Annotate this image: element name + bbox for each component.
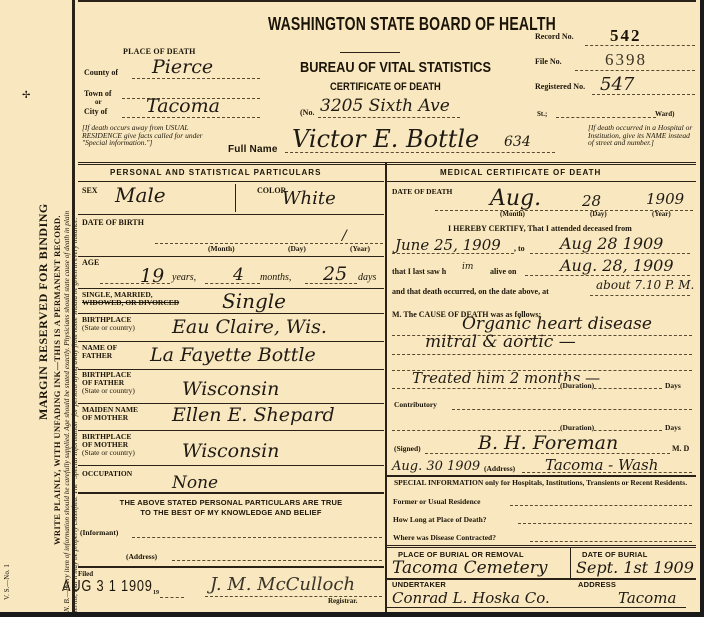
certificate-title: CERTIFICATE OF DEATH [330,81,441,93]
occupation-label: OCCUPATION [82,469,132,478]
informant-address-line[interactable] [172,560,382,561]
informant-label: (Informant) [80,528,118,537]
duration-line-2[interactable] [392,430,662,431]
burial-place-value[interactable]: Tacoma Cemetery [392,558,547,578]
father-label-2: FATHER [82,352,117,360]
binding-margin: MARGIN RESERVED FOR BINDING WRITE PLAINL… [0,0,75,612]
age-label: AGE [82,258,99,267]
former-residence-line[interactable] [510,505,692,506]
filed-suffix: 19 [153,590,159,596]
street-line [318,117,460,118]
street-value[interactable]: 3205 Sixth Ave [320,96,450,116]
color-value[interactable]: White [282,188,336,209]
father-bp-label-3: (State or country) [82,387,135,395]
physician-address-label: (Address) [484,464,515,473]
days-label-1: Days [665,381,681,390]
mother-label: MAIDEN NAME OF MOTHER [82,406,138,422]
duration-line-1 [392,388,662,389]
dob-year-label: (Year) [350,244,370,253]
time-line [590,295,690,296]
dob-mark[interactable]: / [342,228,347,244]
occupation-row-rule [78,492,384,494]
full-name-value[interactable]: Victor E. Bottle [292,125,479,153]
burial-date-value[interactable]: Sept. 1st 1909 [576,558,694,577]
city-value[interactable]: Tacoma [146,95,220,117]
last-saw-date[interactable]: Aug. 28, 1909 [560,256,674,275]
residence-note: [If death occurs away from USUAL RESIDEN… [82,124,212,147]
months-label: months, [260,274,291,282]
margin-divider [72,0,75,612]
registered-no-value[interactable]: 547 [600,74,634,95]
county-line [132,78,260,79]
attended-to-value[interactable]: Aug 28 1909 [560,234,663,253]
street-prefix: (No. [300,108,314,117]
undertaker-rule [386,607,686,608]
age-months-value[interactable]: 4 [233,265,244,285]
last-saw-pronoun[interactable]: im [462,262,473,272]
dod-year-value[interactable]: 1909 [646,190,684,208]
city-line [122,117,260,118]
dob-line [155,243,383,244]
days-label: days [358,274,376,282]
dob-month-label: (Month) [208,244,235,253]
dod-day-label: (Day) [590,210,607,218]
file-no-value[interactable]: 6398 [605,50,647,70]
duration-label-1: (Duration) [560,381,594,390]
attestation-line-1: THE ABOVE STATED PERSONAL PARTICULARS AR… [78,498,384,508]
ward-label: Ward) [655,110,674,118]
age-years-value[interactable]: 19 [140,265,164,287]
undertaker-address-label: ADDRESS [578,580,616,589]
to-label: , to [514,244,525,253]
duration-label-2: (Duration) [560,423,594,432]
bureau-title: BUREAU OF VITAL STATISTICS [300,59,491,76]
birthplace-value[interactable]: Eau Claire, Wis. [172,316,327,338]
filed-stamp: AUG 3 1 1909 [62,578,153,596]
mother-row-rule [78,430,384,431]
attestation: THE ABOVE STATED PERSONAL PARTICULARS AR… [78,498,384,518]
signed-date-value[interactable]: Aug. 30 1909 [392,459,480,474]
margin-nb-line-1: N. B.—Every item of information should b… [63,211,71,612]
registrar-label: Registrar. [328,597,357,605]
md-label: M. D [672,444,689,453]
undertaker-address-value[interactable]: Tacoma [618,589,676,607]
birthplace-label-2: (State or country) [82,324,135,332]
occupation-value[interactable]: None [172,473,218,493]
margin-ink-note: WRITE PLAINLY, WITH UNFADING INK—THIS IS… [52,215,62,545]
undertaker-value[interactable]: Conrad L. Hoska Co. [392,589,550,607]
undertaker-label: UNDERTAKER [392,580,446,589]
dod-day-value[interactable]: 28 [582,192,601,210]
full-name-label: Full Name [228,144,278,155]
special-info-heading: SPECIAL INFORMATION only for Hospitals, … [394,479,694,487]
dod-label: DATE OF DEATH [392,187,452,196]
sex-label: SEX [82,186,98,195]
informant-address-label: (Address) [126,552,157,561]
attended-from-value[interactable]: June 25, 1909 [395,236,501,254]
registrar-signature: J. M. McCulloch [210,574,355,595]
former-residence-label: Former or Usual Residence [393,497,480,506]
sex-row-rule [78,214,384,215]
top-border [78,0,696,2]
dod-month-value[interactable]: Aug. [490,186,541,211]
filed-label: Filed [78,570,93,578]
county-value[interactable]: Pierce [152,56,213,78]
filed-line [160,597,184,598]
physician-address-value[interactable]: Tacoma - Wash [545,456,658,474]
board-title: WASHINGTON STATE BOARD OF HEALTH [268,14,556,35]
birthplace-row-rule [78,341,384,342]
mother-bp-value[interactable]: Wisconsin [182,440,279,462]
sex-value[interactable]: Male [115,183,166,207]
years-label: years, [172,274,196,282]
form-number: V. S.—No. 1 [3,564,11,600]
father-bp-label: BIRTHPLACE OF FATHER (State or country) [82,371,135,395]
file-no-label: File No. [535,57,562,66]
how-long-label: How Long at Place of Death? [393,515,487,524]
time-of-death-value[interactable]: about 7.10 P. M. [596,278,694,292]
mother-bp-label: BIRTHPLACE OF MOTHER (State or country) [82,433,135,457]
cause-2-value[interactable]: mitral & aortic — [425,332,576,352]
mother-bp-label-3: (State or country) [82,449,135,457]
record-no-label: Record No. [535,32,574,41]
record-no-value[interactable]: 542 [610,26,642,46]
mother-bp-row-rule [78,465,384,466]
days-label-2: Days [665,423,681,432]
ward-line [556,117,656,118]
attestation-line-2: TO THE BEST OF MY KNOWLEDGE AND BELIEF [78,508,384,518]
cause-line-2 [392,354,692,355]
marital-label-2: WIDOWED, OR DIVORCED [82,298,179,307]
father-bp-value[interactable]: Wisconsin [182,378,279,400]
occurred-label: and that death occurred, on the date abo… [392,287,549,296]
dod-year-label: (Year) [652,210,671,218]
dob-label: DATE OF BIRTH [82,218,144,227]
last-saw-line [525,275,690,276]
physician-rule [386,475,696,477]
ornament-icon: ✢ [22,90,30,101]
father-value[interactable]: La Fayette Bottle [150,344,316,366]
alive-on-label: alive on [490,267,516,276]
special-info-rule [386,545,696,548]
where-contracted-line[interactable] [530,541,692,542]
informant-rule [78,566,384,568]
medical-heading: MEDICAL CERTIFICATE OF DEATH [440,168,601,177]
father-label: NAME OF FATHER [82,344,117,360]
mother-value[interactable]: Ellen E. Shepard [172,404,335,426]
marital-row-rule [78,313,384,314]
hospital-note: [If death occurred in a Hospital or Inst… [588,124,696,147]
or-label: or [95,98,102,106]
informant-line[interactable] [132,537,382,538]
personal-heading: PERSONAL AND STATISTICAL PARTICULARS [110,168,321,177]
county-label: County of [84,68,118,77]
header-divider [78,162,696,165]
file-no-line [575,70,695,71]
marital-value[interactable]: Single [222,289,286,313]
cause-1-value[interactable]: Organic heart disease [462,314,652,334]
margin-binding-note: MARGIN RESERVED FOR BINDING [36,203,51,420]
medical-heading-rule [386,181,696,182]
registered-no-label: Registered No. [535,82,585,91]
dob-day-label: (Day) [288,244,306,253]
title-underline [340,52,400,53]
dob-row-rule [78,256,384,257]
dod-month-label: (Month) [500,210,525,218]
personal-heading-rule [78,181,384,182]
attended-to-line [530,253,690,254]
burial-divider [570,548,571,578]
certify-text: I HEREBY CERTIFY, That I attended deceas… [448,224,632,233]
how-long-line[interactable] [518,523,692,524]
sex-color-divider [235,184,236,212]
city-label: City of [84,107,107,116]
physician-signature[interactable]: B. H. Foreman [478,432,618,454]
mother-label-2: OF MOTHER [82,414,138,422]
town-label: Town of [84,89,112,98]
age-days-value[interactable]: 25 [323,263,347,285]
full-name-annotation: 634 [504,134,531,150]
last-saw-label: that I last saw h [392,267,446,276]
contributory-label: Contributory [394,400,437,409]
where-contracted-label: Where was Disease Contracted? [393,533,496,542]
place-of-death-heading: PLACE OF DEATH [123,47,196,56]
death-certificate: MARGIN RESERVED FOR BINDING WRITE PLAINL… [0,0,704,617]
contributory-line[interactable] [452,409,692,410]
street-suffix: St.; [537,110,547,118]
birthplace-label: BIRTHPLACE (State or country) [82,316,135,332]
signed-label: (Signed) [394,444,421,453]
